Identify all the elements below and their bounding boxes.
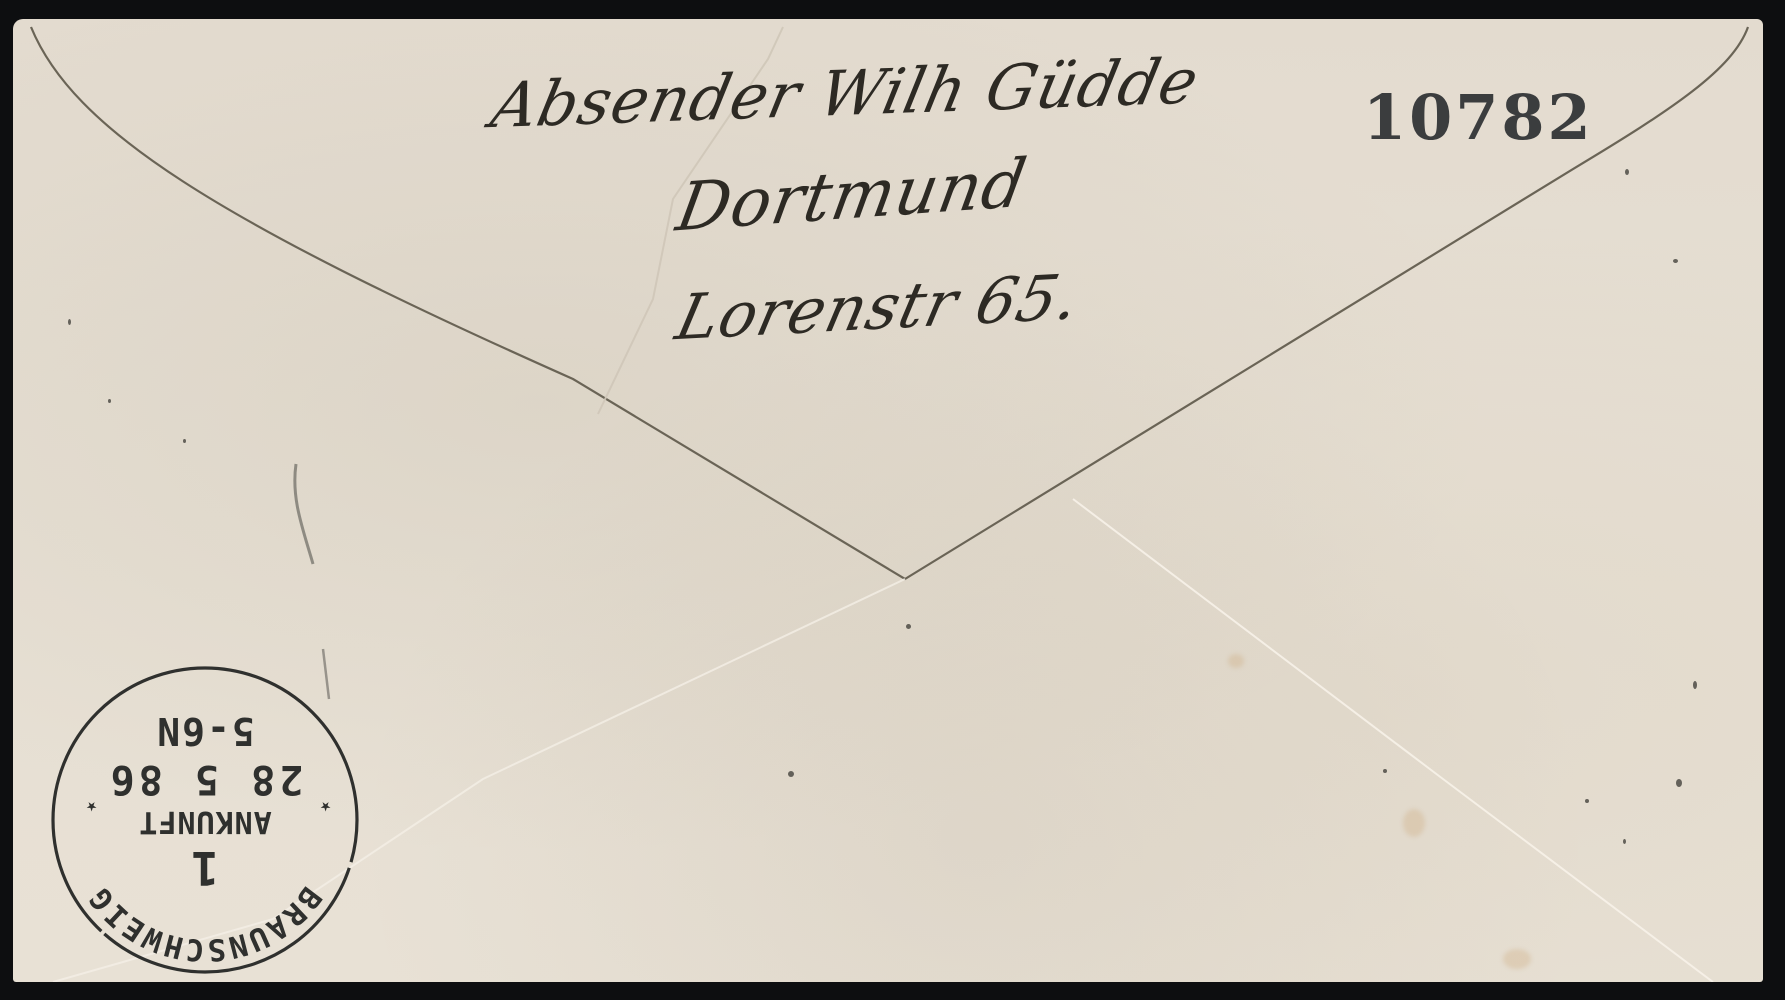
svg-text:★: ★	[320, 797, 331, 818]
postmark-office-number: 1	[191, 841, 219, 895]
right-lower-crease	[1073, 499, 1713, 982]
postmark-type: ANKUNFT	[138, 804, 271, 839]
registration-number: 10782	[1363, 81, 1594, 154]
arrival-postmark: BRAUNSCHWEIG ★ ★ 1 ANKUNFT 28 5 86 5-6N	[45, 660, 365, 980]
svg-text:★: ★	[86, 797, 97, 818]
postmark-date: 28 5 86	[107, 756, 304, 802]
postmark-time: 5-6N	[155, 709, 255, 753]
